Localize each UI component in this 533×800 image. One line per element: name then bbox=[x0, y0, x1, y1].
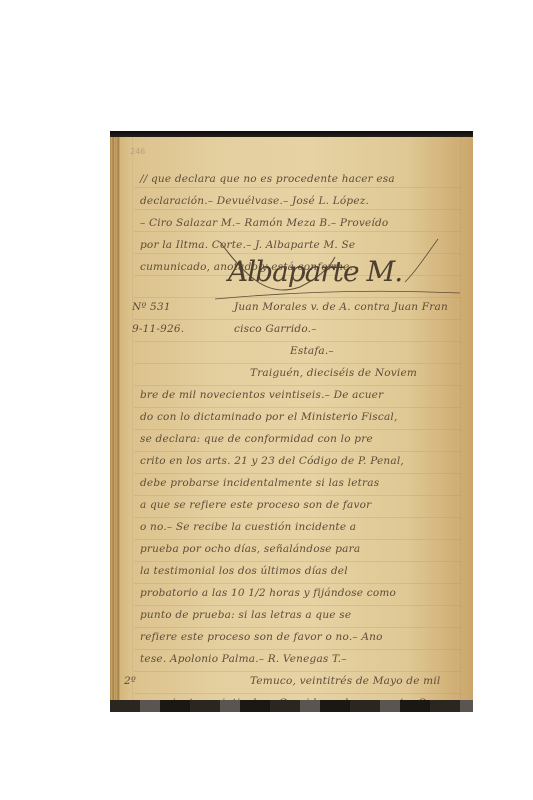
handwritten-line: Traiguén, dieciséis de Noviem bbox=[250, 367, 417, 379]
page-stack-edge bbox=[110, 137, 120, 702]
handwritten-line: Estafa.– bbox=[290, 345, 334, 357]
ruled-line bbox=[134, 517, 461, 518]
book-bottom-edge bbox=[110, 700, 473, 712]
handwritten-line: la testimonial los dos últimos días del bbox=[140, 565, 348, 577]
scanned-ledger-photo: 246 // que declara que no es procedente … bbox=[110, 131, 473, 712]
ruled-line bbox=[134, 341, 461, 342]
handwritten-line: punto de prueba: si las letras a que se bbox=[140, 609, 351, 621]
handwritten-line: prueba por ocho días, señalándose para bbox=[140, 543, 360, 555]
page-number: 246 bbox=[130, 147, 145, 156]
ruled-line bbox=[134, 187, 461, 188]
handwritten-line: refiere este proceso son de favor o no.–… bbox=[140, 631, 383, 643]
ruled-line bbox=[134, 363, 461, 364]
ruled-line bbox=[134, 451, 461, 452]
handwritten-line: // que declara que no es procedente hace… bbox=[140, 173, 395, 185]
ruled-line bbox=[134, 429, 461, 430]
handwritten-line: cisco Garrido.– bbox=[234, 323, 317, 335]
ruled-line bbox=[134, 209, 461, 210]
handwritten-line: Temuco, veintitrés de Mayo de mil bbox=[250, 675, 440, 687]
ruled-line bbox=[134, 539, 461, 540]
handwritten-line: Nº 531 bbox=[132, 301, 171, 313]
ruled-line bbox=[134, 693, 461, 694]
ruled-line bbox=[134, 231, 461, 232]
handwritten-line: 2º bbox=[124, 675, 136, 687]
ruled-line bbox=[134, 649, 461, 650]
handwritten-line: declaración.– Devuélvase.– José L. López… bbox=[140, 195, 369, 207]
handwritten-line: – Ciro Salazar M.– Ramón Meza B.– Proveí… bbox=[140, 217, 388, 229]
ruled-line bbox=[134, 473, 461, 474]
handwritten-line: do con lo dictaminado por el Ministerio … bbox=[140, 411, 398, 423]
handwritten-line: a que se refiere este proceso son de fav… bbox=[140, 499, 371, 511]
handwritten-line: bre de mil novecientos veintiseis.– De a… bbox=[140, 389, 383, 401]
handwritten-line: debe probarse incidentalmente si las let… bbox=[140, 477, 379, 489]
ruled-line bbox=[134, 583, 461, 584]
ruled-line bbox=[134, 319, 461, 320]
ruled-line bbox=[134, 561, 461, 562]
ruled-line bbox=[134, 385, 461, 386]
ruled-line bbox=[134, 605, 461, 606]
signature: Albaparte M. bbox=[228, 255, 402, 288]
handwritten-line: crito en los arts. 21 y 23 del Código de… bbox=[140, 455, 404, 467]
handwritten-line: probatorio a las 10 1/2 horas y fijándos… bbox=[140, 587, 396, 599]
handwritten-line: o no.– Se recibe la cuestión incidente a bbox=[140, 521, 356, 533]
margin-line-right bbox=[460, 137, 461, 702]
handwritten-line: se declara: que de conformidad con lo pr… bbox=[140, 433, 373, 445]
ledger-page: 246 // que declara que no es procedente … bbox=[110, 137, 473, 702]
ruled-line bbox=[134, 407, 461, 408]
ruled-line bbox=[134, 495, 461, 496]
ruled-line bbox=[134, 627, 461, 628]
handwritten-line: 9-11-926. bbox=[132, 323, 184, 335]
ruled-line bbox=[134, 671, 461, 672]
margin-line bbox=[132, 137, 133, 702]
handwritten-line: tese. Apolonio Palma.– R. Venegas T.– bbox=[140, 653, 347, 665]
